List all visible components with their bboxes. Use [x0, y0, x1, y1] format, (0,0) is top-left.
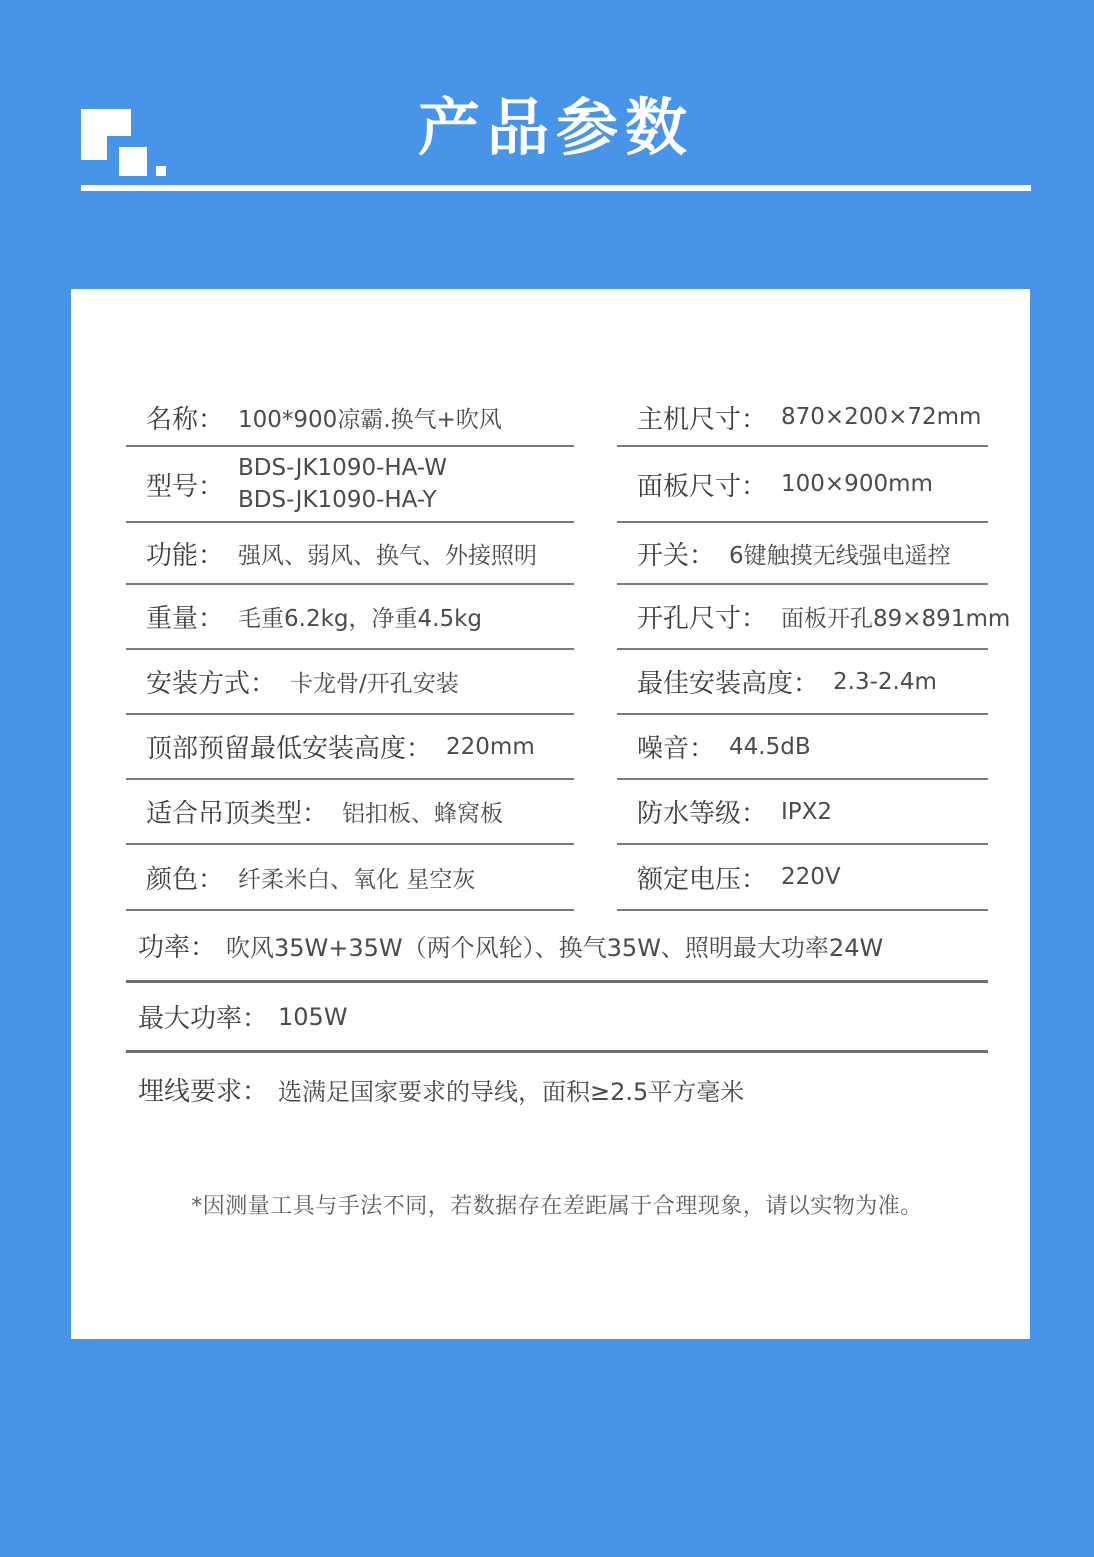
spec-label: 最大功率： — [138, 998, 268, 1035]
measurement-disclaimer: *因测量工具与手法不同，若数据存在差距属于合理现象，请以实物为准。 — [126, 1189, 988, 1220]
spec-value-line1: BDS-JK1090-HA-W — [238, 452, 447, 484]
spec-card: 名称： 100*900凉霸.换气+吹风 型号： BDS-JK1090-HA-W … — [71, 289, 1030, 1339]
spec-value: 870×200×72mm — [781, 404, 981, 430]
spec-label: 名称： — [146, 399, 224, 436]
spec-label: 型号： — [146, 466, 224, 503]
spec-value: 强风、弱风、换气、外接照明 — [238, 537, 537, 570]
spec-value: 铝扣板、蜂窝板 — [342, 795, 503, 828]
spec-full-width-rows: 功率： 吹风35W+35W（两个风轮）、换气35W、照明最大功率24W 最大功率… — [126, 911, 988, 1125]
spec-label: 功率： — [138, 927, 216, 964]
spec-row-color: 颜色： 纤柔米白、氧化 星空灰 — [126, 845, 574, 911]
spec-value: 220V — [781, 864, 841, 890]
spec-row-panel-size: 面板尺寸： 100×900mm — [617, 447, 988, 523]
spec-value: 选满足国家要求的导线，面积≥2.5平方毫米 — [278, 1072, 744, 1107]
spec-value: 2.3-2.4m — [833, 669, 937, 695]
spec-value: 105W — [278, 1003, 348, 1031]
spec-label: 开孔尺寸： — [637, 598, 767, 635]
spec-label: 安装方式： — [146, 663, 276, 700]
spec-label: 埋线要求： — [138, 1071, 268, 1108]
spec-label: 颜色： — [146, 859, 224, 896]
spec-value: 100×900mm — [781, 471, 933, 497]
spec-row-noise: 噪音： 44.5dB — [617, 715, 988, 780]
spec-value: 吹风35W+35W（两个风轮）、换气35W、照明最大功率24W — [226, 928, 883, 963]
header-divider — [81, 185, 1031, 191]
spec-value: 面板开孔89×891mm — [781, 600, 1010, 633]
spec-label: 顶部预留最低安装高度： — [146, 728, 432, 765]
spec-label: 适合吊顶类型： — [146, 793, 328, 830]
spec-label: 功能： — [146, 535, 224, 572]
spec-value: 毛重6.2kg，净重4.5kg — [238, 600, 482, 633]
spec-row-cutout-size: 开孔尺寸： 面板开孔89×891mm — [617, 585, 988, 650]
product-parameters-page: 产品参数 名称： 100*900凉霸.换气+吹风 型号： BDS-JK1090-… — [0, 0, 1094, 1557]
spec-row-install-method: 安装方式： 卡龙骨/开孔安装 — [126, 650, 574, 715]
spec-row-model: 型号： BDS-JK1090-HA-W BDS-JK1090-HA-Y — [126, 447, 574, 523]
spec-columns: 名称： 100*900凉霸.换气+吹风 型号： BDS-JK1090-HA-W … — [126, 389, 988, 911]
spec-row-voltage: 额定电压： 220V — [617, 845, 988, 911]
spec-column-left: 名称： 100*900凉霸.换气+吹风 型号： BDS-JK1090-HA-W … — [126, 389, 574, 911]
spec-row-best-height: 最佳安装高度： 2.3-2.4m — [617, 650, 988, 715]
spec-value: IPX2 — [781, 799, 832, 825]
spec-label: 重量： — [146, 598, 224, 635]
spec-row-host-size: 主机尺寸： 870×200×72mm — [617, 389, 988, 447]
spec-value: 6键触摸无线强电遥控 — [729, 537, 951, 570]
spec-label: 最佳安装高度： — [637, 663, 819, 700]
spec-row-wiring: 埋线要求： 选满足国家要求的导线，面积≥2.5平方毫米 — [126, 1053, 988, 1125]
spec-value: 100*900凉霸.换气+吹风 — [238, 401, 502, 434]
spec-label: 防水等级： — [637, 793, 767, 830]
spec-value: 44.5dB — [729, 734, 811, 760]
spec-label: 额定电压： — [637, 859, 767, 896]
spec-label: 主机尺寸： — [637, 399, 767, 436]
spec-row-weight: 重量： 毛重6.2kg，净重4.5kg — [126, 585, 574, 650]
spec-row-functions: 功能： 强风、弱风、换气、外接照明 — [126, 523, 574, 585]
spec-row-power: 功率： 吹风35W+35W（两个风轮）、换气35W、照明最大功率24W — [126, 911, 988, 983]
spec-row-name: 名称： 100*900凉霸.换气+吹风 — [126, 389, 574, 447]
spec-row-waterproof: 防水等级： IPX2 — [617, 780, 988, 845]
spec-value: 220mm — [446, 734, 535, 760]
spec-row-max-power: 最大功率： 105W — [126, 983, 988, 1053]
spec-value-line2: BDS-JK1090-HA-Y — [238, 484, 447, 516]
spec-column-right: 主机尺寸： 870×200×72mm 面板尺寸： 100×900mm 开关： 6… — [617, 389, 988, 911]
spec-label: 噪音： — [637, 728, 715, 765]
spec-row-min-clearance: 顶部预留最低安装高度： 220mm — [126, 715, 574, 780]
spec-value: 卡龙骨/开孔安装 — [290, 665, 459, 698]
spec-row-switch: 开关： 6键触摸无线强电遥控 — [617, 523, 988, 585]
spec-value-group: BDS-JK1090-HA-W BDS-JK1090-HA-Y — [238, 452, 447, 516]
spec-value: 纤柔米白、氧化 星空灰 — [238, 861, 475, 894]
spec-label: 开关： — [637, 535, 715, 572]
spec-label: 面板尺寸： — [637, 466, 767, 503]
page-title: 产品参数 — [81, 88, 1031, 168]
spec-row-ceiling-type: 适合吊顶类型： 铝扣板、蜂窝板 — [126, 780, 574, 845]
